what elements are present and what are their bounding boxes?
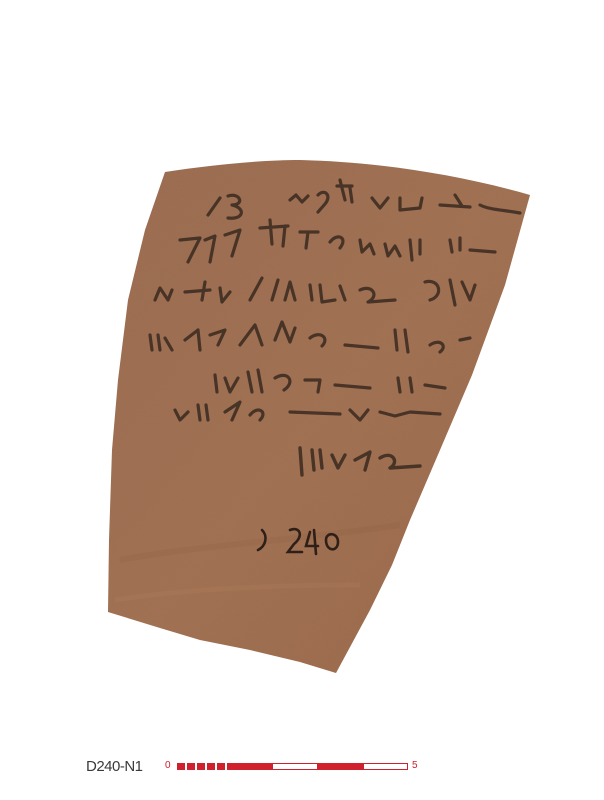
scale-segment bbox=[197, 763, 205, 770]
scale-segment bbox=[363, 763, 408, 770]
scale-segment bbox=[187, 763, 195, 770]
scale-segment bbox=[217, 763, 225, 770]
scale-end-label: 5 bbox=[412, 759, 418, 773]
scale-segment bbox=[207, 763, 215, 770]
scale-start-label: 0 bbox=[165, 759, 171, 773]
scale-segment bbox=[318, 763, 363, 770]
scale-segment bbox=[272, 763, 318, 770]
scale-bar: 0 5 bbox=[165, 760, 425, 774]
object-label: D240-N1 bbox=[86, 758, 143, 776]
ostracon-photo bbox=[0, 0, 604, 800]
scale-segment bbox=[227, 763, 272, 770]
ostracon-sherd bbox=[108, 160, 530, 673]
scale-segment bbox=[177, 763, 185, 770]
